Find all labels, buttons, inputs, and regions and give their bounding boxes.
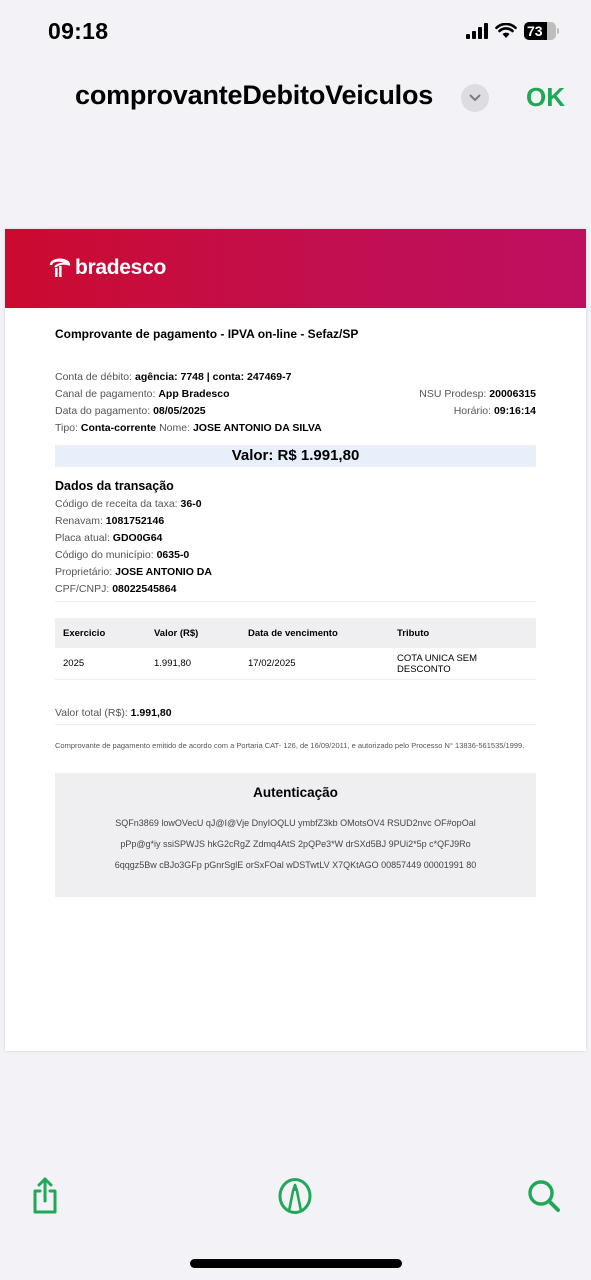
bradesco-tree-icon (48, 255, 72, 281)
field-label: Placa atual: (55, 532, 110, 544)
valor-total-label: Valor total (R$): (55, 707, 128, 719)
nsu-label: NSU Prodesp: (419, 388, 486, 400)
field-label: Código do município: (55, 549, 154, 561)
valor-total-row: Valor total (R$): 1.991,80 (55, 704, 536, 725)
table-cell: COTA UNICA SEM DESCONTO (389, 648, 536, 680)
bradesco-banner: bradesco (5, 229, 586, 308)
data-pagamento-value: 08/05/2025 (153, 405, 206, 417)
transacao-field: Código do município: 0635-0 (55, 547, 536, 564)
nome-value: JOSE ANTONIO DA SILVA (193, 422, 322, 434)
data-row: Data do pagamento: 08/05/2025 Horário: 0… (55, 403, 536, 420)
field-label: Proprietário: (55, 566, 112, 578)
nsu-value: 20006315 (489, 388, 536, 400)
column-header: Exercicio (55, 618, 146, 648)
autenticacao-line: 6qqgz5Bw cBJo3GFp pGnrSglE orSxFOal wDST… (55, 855, 536, 876)
share-icon (29, 1176, 61, 1216)
transacao-title: Dados da transação (55, 476, 536, 496)
tipo-row: Tipo: Conta-corrente Nome: JOSE ANTONIO … (55, 420, 536, 437)
title-menu-button[interactable] (461, 84, 489, 112)
brand-name: bradesco (75, 256, 166, 280)
transacao-field: Renavam: 1081752146 (55, 513, 536, 530)
nome-label: Nome: (159, 422, 190, 434)
conta-debito-row: Conta de débito: agência: 7748 | conta: … (55, 369, 536, 386)
tipo-value: Conta-corrente (81, 422, 156, 434)
column-header: Valor (R$) (146, 618, 240, 648)
table-header-row: ExercicioValor (R$)Data de vencimentoTri… (55, 618, 536, 648)
canal-row: Canal de pagamento: App Bradesco NSU Pro… (55, 386, 536, 403)
field-value: 36-0 (181, 498, 202, 510)
legal-note: Comprovante de pagamento emitido de acor… (55, 741, 536, 773)
battery-icon: 73 (524, 22, 556, 40)
table-row: 20251.991,8017/02/2025COTA UNICA SEM DES… (55, 648, 536, 680)
transacao-field: CPF/CNPJ: 08022545864 (55, 581, 536, 598)
markup-button[interactable] (277, 1178, 313, 1214)
table-body: 20251.991,8017/02/2025COTA UNICA SEM DES… (55, 648, 536, 680)
signal-icon (466, 23, 488, 39)
search-button[interactable] (526, 1178, 562, 1214)
column-header: Data de vencimento (240, 618, 389, 648)
table-cell: 2025 (55, 648, 146, 680)
ok-button[interactable]: OK (526, 82, 565, 113)
divider (55, 601, 536, 602)
conta-debito-value: agência: 7748 | conta: 247469-7 (135, 371, 291, 383)
autenticacao-line: SQFn3869 lowOVecU qJ@I@Vje DnyIOQLU ymbf… (55, 813, 536, 834)
transacao-fields: Código de receita da taxa: 36-0Renavam: … (55, 496, 536, 598)
tributo-table: ExercicioValor (R$)Data de vencimentoTri… (55, 618, 536, 680)
battery-percent: 73 (524, 22, 556, 40)
markup-pen-icon (277, 1177, 313, 1215)
data-pagamento-label: Data do pagamento: (55, 405, 150, 417)
transacao-field: Código de receita da taxa: 36-0 (55, 496, 536, 513)
bradesco-logo: bradesco (48, 255, 166, 281)
column-header: Tributo (389, 618, 536, 648)
field-value: 0635-0 (157, 549, 190, 561)
canal-value: App Bradesco (158, 388, 229, 400)
field-value: JOSE ANTONIO DA (115, 566, 212, 578)
document-page: bradesco Comprovante de pagamento - IPVA… (5, 229, 586, 1051)
field-label: Renavam: (55, 515, 103, 527)
autenticacao-line: pPp@g*iy ssiSPWJS hkG2cRgZ Zdmq4AtS 2pQP… (55, 834, 536, 855)
tipo-label: Tipo: (55, 422, 78, 434)
valor-total-value: 1.991,80 (131, 707, 172, 719)
canal-label: Canal de pagamento: (55, 388, 155, 400)
battery-tip (557, 28, 559, 34)
search-icon (526, 1178, 562, 1214)
wifi-icon (495, 23, 517, 39)
field-value: 1081752146 (106, 515, 164, 527)
transacao-field: Placa atual: GDO0G64 (55, 530, 536, 547)
chevron-down-icon (469, 94, 481, 102)
horario-label: Horário: (454, 405, 491, 417)
transacao-field: Proprietário: JOSE ANTONIO DA (55, 564, 536, 581)
valor-highlight: Valor: R$ 1.991,80 (55, 445, 536, 467)
autenticacao-title: Autenticação (55, 773, 536, 813)
conta-debito-label: Conta de débito: (55, 371, 132, 383)
field-value: GDO0G64 (113, 532, 163, 544)
share-button[interactable] (27, 1178, 63, 1214)
status-time: 09:18 (48, 18, 108, 45)
autenticacao-box: Autenticação SQFn3869 lowOVecU qJ@I@Vje … (55, 773, 536, 897)
home-indicator[interactable] (190, 1259, 402, 1268)
document-title: comprovanteDebitoVeiculos (75, 80, 433, 111)
receipt-title: Comprovante de pagamento - IPVA on-line … (55, 327, 536, 369)
table-cell: 1.991,80 (146, 648, 240, 680)
field-label: Código de receita da taxa: (55, 498, 178, 510)
status-icons: 73 (466, 22, 559, 40)
receipt-content: Comprovante de pagamento - IPVA on-line … (55, 327, 536, 897)
field-value: 08022545864 (112, 583, 176, 595)
horario-value: 09:16:14 (494, 405, 536, 417)
table-cell: 17/02/2025 (240, 648, 389, 680)
field-label: CPF/CNPJ: (55, 583, 109, 595)
